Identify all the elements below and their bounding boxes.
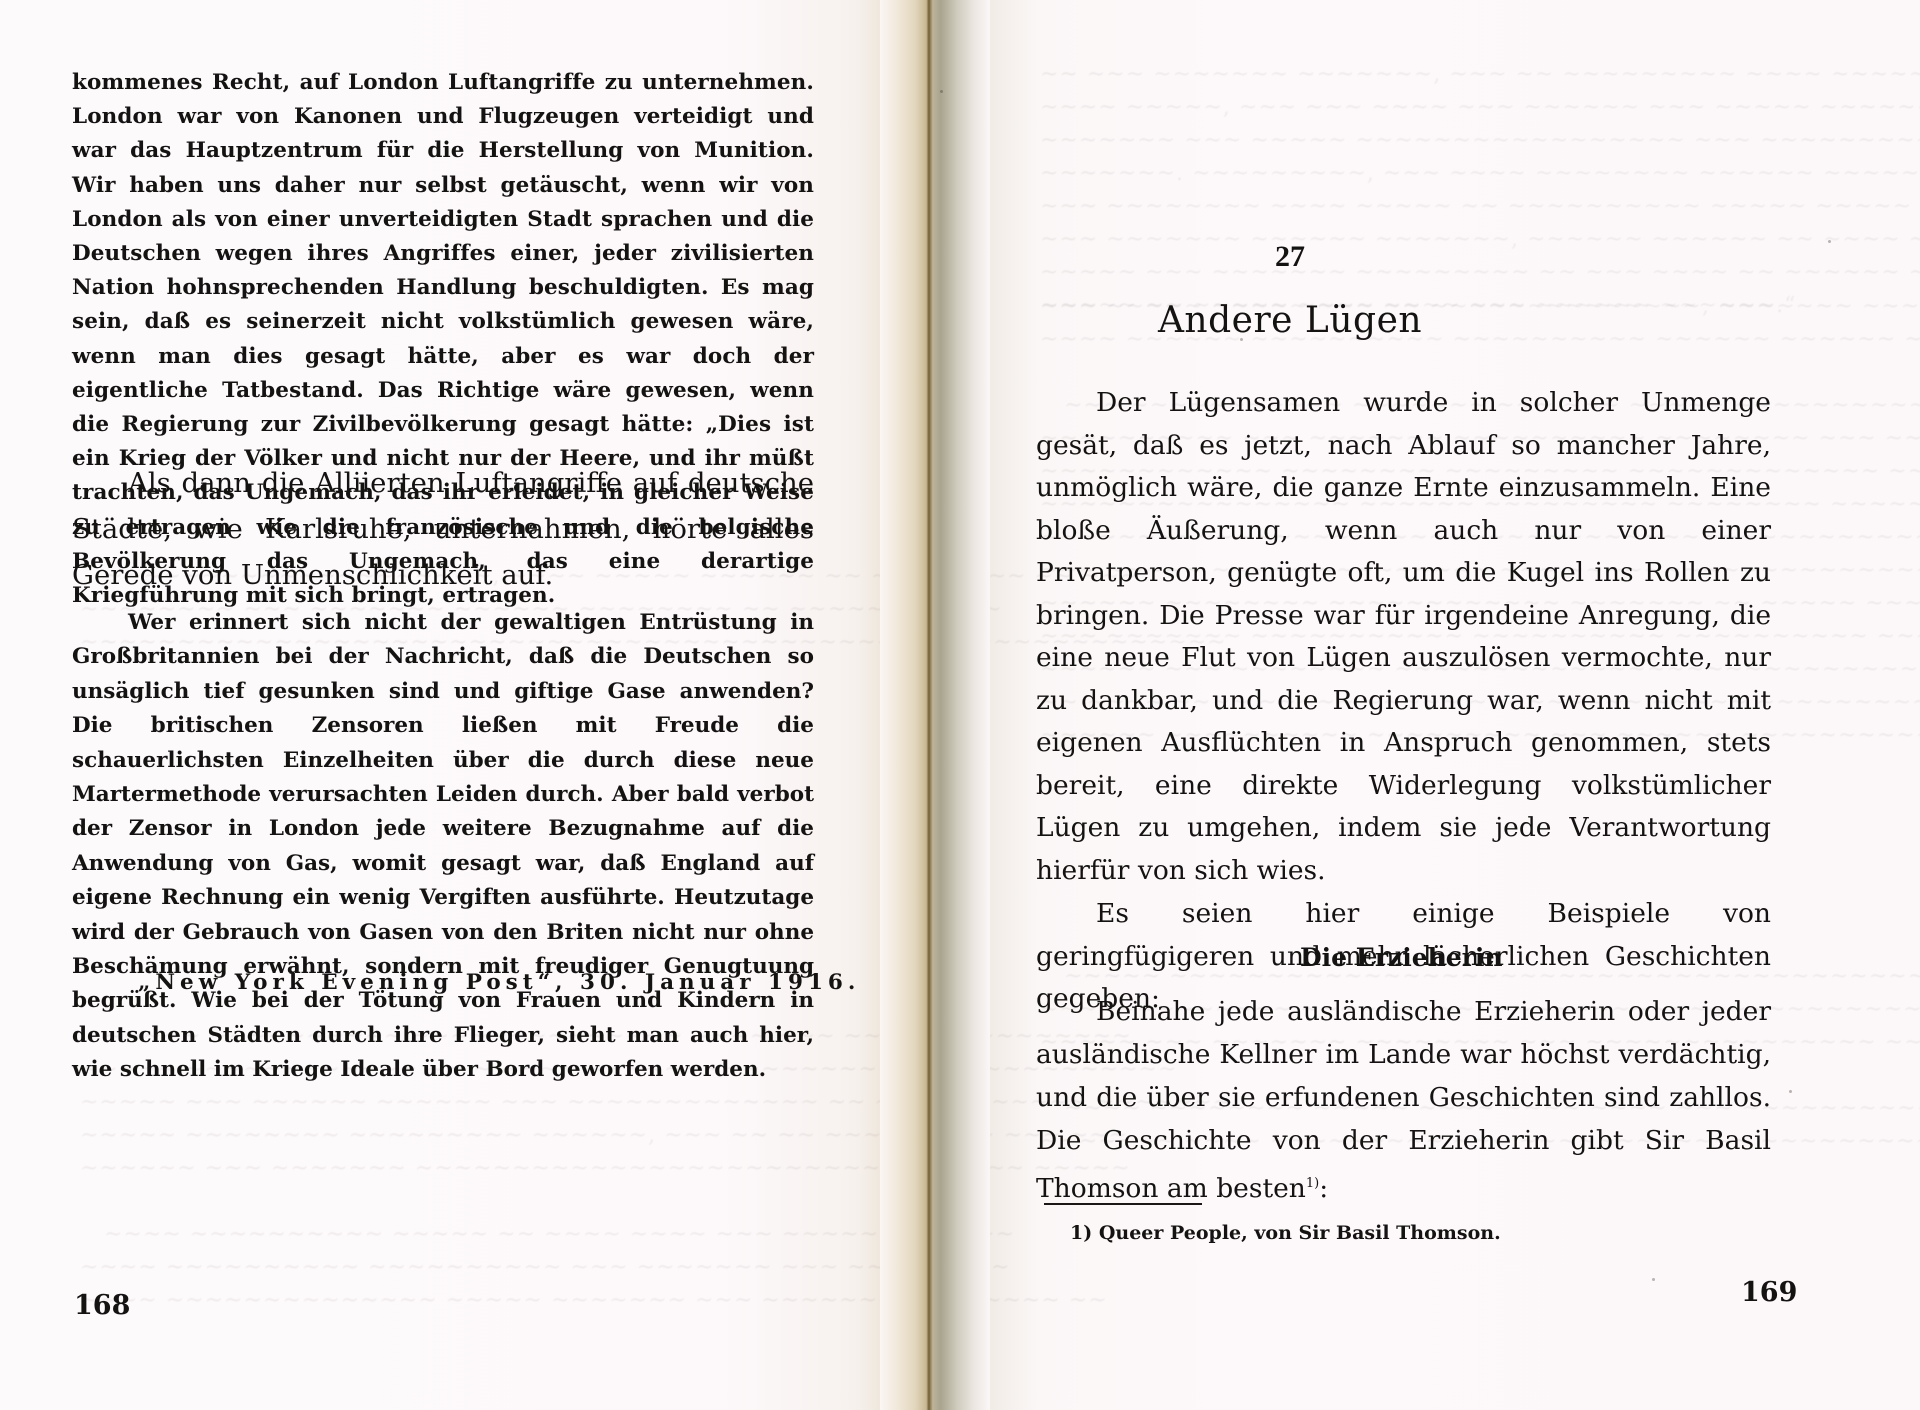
paper-speck	[1828, 240, 1831, 243]
paper-speck	[940, 90, 943, 93]
paragraph-end: :	[1319, 1173, 1328, 1204]
page-number-right: 169	[1741, 1277, 1797, 1308]
section-heading: Die Erzieherin	[1300, 943, 1560, 972]
paragraph-text: Beinahe jede ausländische Erzieherin ode…	[1036, 996, 1771, 1204]
callout-text: Als dann die Alliierten Luftangriffe auf…	[72, 460, 814, 598]
paragraph-text: Wer erinnert sich nicht der gewaltigen E…	[72, 606, 814, 1088]
chapter-number: 27	[1240, 240, 1340, 274]
footnote-divider	[1044, 1203, 1202, 1205]
left-callout-paragraph: Als dann die Alliierten Luftangriffe auf…	[72, 460, 814, 598]
paper-speck	[1652, 1278, 1655, 1281]
paper-speck	[1240, 338, 1243, 341]
footnote-marker: 1)	[1306, 1176, 1319, 1191]
paragraph-with-footnote: Beinahe jede ausländische Erzieherin ode…	[1036, 990, 1771, 1210]
right-body-2: Beinahe jede ausländische Erzieherin ode…	[1036, 990, 1771, 1210]
paragraph-text: Der Lügensamen wurde in solcher Unmenge …	[1036, 382, 1771, 892]
chapter-title: Andere Lügen	[1100, 300, 1480, 341]
quote-source: „New York Evening Post“, 30. Januar 1916…	[138, 970, 860, 995]
book-spread: ~~ ~~~ ~~~~~~~ ~~~~~~~, ~~~ ~~ ~~~~~~~~~…	[0, 0, 1920, 1410]
right-body: Der Lügensamen wurde in solcher Unmenge …	[1036, 382, 1771, 1021]
page-number-left: 168	[74, 1290, 130, 1321]
left-paragraph-2: Wer erinnert sich nicht der gewaltigen E…	[72, 606, 814, 1088]
footnote-text: 1) Queer People, von Sir Basil Thomson.	[1070, 1222, 1501, 1244]
paper-speck	[1789, 1090, 1792, 1093]
